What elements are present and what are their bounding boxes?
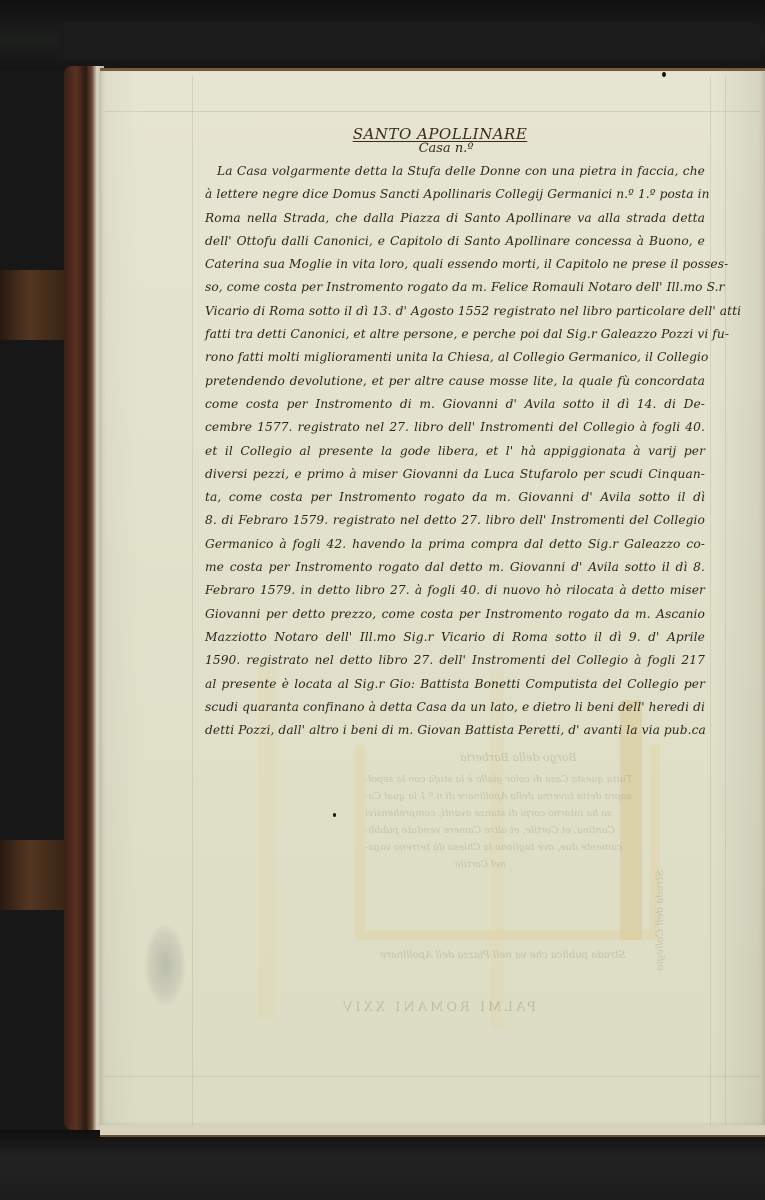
- scanner-bar: [60, 22, 760, 60]
- scanner-frame-bottom: [0, 1130, 765, 1200]
- text-line: fatti tra detti Canonici, et altre perso…: [205, 323, 705, 346]
- text-line: so, come costa per Instromento rogato da…: [205, 276, 705, 299]
- manuscript-text: La Casa volgarmente detta la Stufa delle…: [205, 160, 705, 742]
- text-line: Germanico à fogli 42. havendo la prima c…: [205, 533, 705, 556]
- text-line: ta, come costa per Instromento rogato da…: [205, 486, 705, 509]
- book-binding-edge: [64, 66, 104, 1130]
- text-line: me costa per Instromento rogato dal dett…: [205, 556, 705, 579]
- book-clasp-upper: [0, 270, 66, 340]
- ruling-line: [710, 76, 711, 1126]
- bleed-through-line: sa ha intorno corpi di stanze avanti, co…: [365, 805, 612, 822]
- bleed-through-scale-label: PALMI ROMANI XXIV: [340, 1000, 536, 1015]
- text-line: cembre 1577. registrato nel 27. libro de…: [205, 416, 705, 439]
- text-line: et il Collegio al presente la gode liber…: [205, 440, 705, 463]
- text-line: come costa per Instromento di m. Giovann…: [205, 393, 705, 416]
- text-line: rono fatti molti miglioramenti unita la …: [205, 346, 705, 369]
- ink-spot: [662, 72, 666, 77]
- bleed-through-caption: Strada publica che va nell Piazza dell A…: [380, 950, 625, 961]
- text-line: Roma nella Strada, che dalla Piazza di S…: [205, 207, 705, 230]
- bleed-through-title: Borgo della Barberia: [460, 751, 577, 764]
- bleed-through-line: sopra detta taverna della Apollinare di …: [365, 788, 632, 805]
- bleed-through-line: Tutta questa Casa di color giallo è la s…: [365, 771, 632, 788]
- bleed-through-frame: Borgo della Barberia Tutta questa Casa d…: [355, 745, 660, 940]
- bleed-through-line: camente due, ove tagliono la Chiesa dà t…: [365, 839, 622, 856]
- text-line: scudi quaranta confinano à detta Casa da…: [205, 696, 705, 719]
- bleed-through-line: nel Cortile: [455, 856, 506, 873]
- text-line: 1590. registrato nel detto libro 27. del…: [205, 649, 705, 672]
- heading-subtitle: Casa n.º: [320, 141, 560, 156]
- scanner-frame-top: [0, 0, 765, 70]
- text-line: 8. di Febraro 1579. registrato nel detto…: [205, 509, 705, 532]
- ruling-line: [105, 1076, 760, 1077]
- text-line: detti Pozzi, dall' altro i beni di m. Gi…: [205, 719, 705, 742]
- ruling-line: [105, 111, 760, 112]
- text-line: Giovanni per detto prezzo, come costa pe…: [205, 603, 705, 626]
- text-line: à lettere negre dice Domus Sancti Apolli…: [205, 183, 705, 206]
- ink-spot: [333, 813, 336, 817]
- ruling-line: [192, 76, 193, 1126]
- text-line: Febraro 1579. in detto libro 27. à fogli…: [205, 579, 705, 602]
- page-heading: SANTO APOLLINARE Casa n.º: [320, 125, 560, 156]
- bleed-through-line: Cantina, et Cortile, et altre Camere ven…: [365, 822, 615, 839]
- text-line: diversi pezzi, e primo à miser Giovanni …: [205, 463, 705, 486]
- book-clasp-lower: [0, 840, 66, 910]
- text-line: La Casa volgarmente detta la Stufa delle…: [205, 160, 705, 183]
- text-line: al presente è locata al Sig.r Gio: Batti…: [205, 673, 705, 696]
- text-line: Vicario di Roma sotto il dì 13. d' Agost…: [205, 300, 705, 323]
- text-line: dell' Ottofu dalli Canonici, e Capitolo …: [205, 230, 705, 253]
- watermark: [145, 925, 185, 1005]
- bleed-through-side-note: Strada dell Collegio: [655, 870, 666, 971]
- text-line: pretendendo devolutione, et per altre ca…: [205, 370, 705, 393]
- text-line: Mazziotto Notaro dell' Ill.mo Sig.r Vica…: [205, 626, 705, 649]
- ruling-line: [725, 76, 726, 1126]
- text-line: Caterina sua Moglie in vita loro, quali …: [205, 253, 705, 276]
